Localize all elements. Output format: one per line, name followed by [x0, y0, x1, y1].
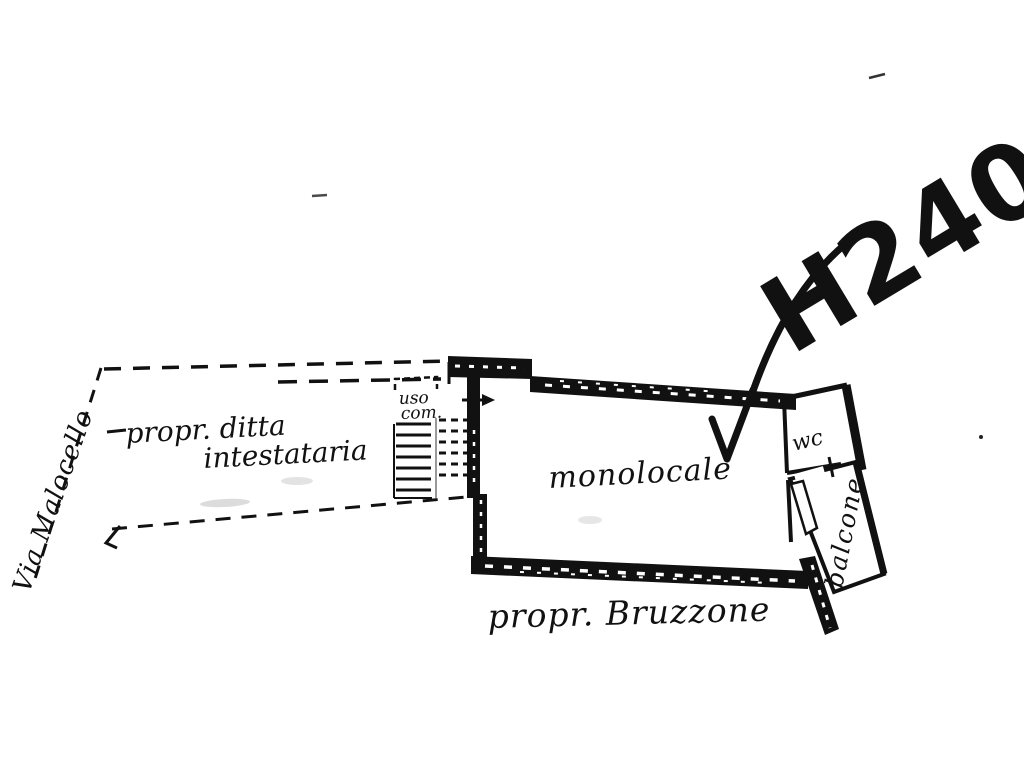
smudge — [281, 477, 313, 485]
courtyard-top-dashed-line — [104, 361, 448, 369]
stair-treads-upper-flight — [439, 420, 467, 475]
label-leader-dash — [107, 430, 126, 432]
main-room-label: monolocale — [548, 451, 733, 496]
bottom-property-label: propr. Bruzzone — [487, 590, 771, 636]
courtyard-inner-dashed-line — [278, 379, 441, 382]
stray-dash — [312, 195, 327, 196]
smudge — [200, 498, 250, 509]
scanned-floor-plan: H240 Via Malocello propr. ditta intestat… — [0, 0, 1024, 768]
street-label: Via Malocello — [7, 406, 99, 597]
entrance-arrow-head — [482, 394, 495, 406]
height-annotation: H240 — [741, 112, 1024, 377]
stair-note-line2: com. — [400, 403, 442, 424]
courtyard-bottom-dashed-line — [112, 497, 466, 529]
north-wall-left-block — [448, 356, 532, 379]
wc-west-wall — [784, 399, 787, 473]
balcony-door-leaf — [791, 481, 817, 534]
wc-label: wc — [789, 425, 825, 457]
wc-north-wall — [782, 385, 847, 399]
floor-plan-drawing: H240 Via Malocello propr. ditta intestat… — [0, 0, 1024, 768]
wc-east-wall — [846, 385, 862, 470]
balcony-label: balcone — [819, 474, 869, 590]
stray-dash — [869, 74, 885, 78]
west-wall-upper — [467, 360, 480, 498]
balcony-door-jamb — [788, 480, 791, 542]
stair-treads-lower-flight — [396, 424, 431, 490]
smudge — [578, 516, 602, 524]
stray-dot — [979, 435, 983, 439]
